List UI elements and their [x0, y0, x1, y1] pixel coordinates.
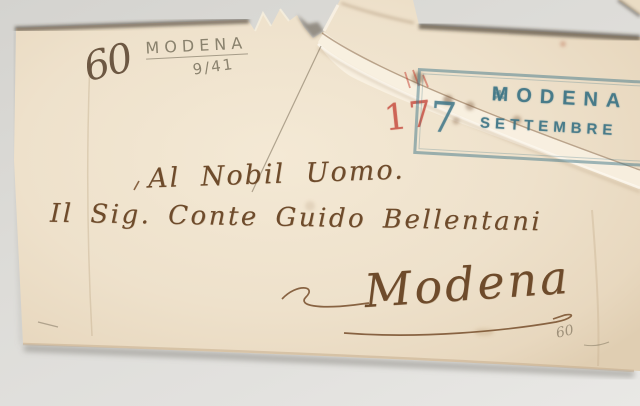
pencil-annotation: MODENA 9/41	[145, 33, 249, 78]
photo-of-postal-cover: 60 MODENA 9/41 17 7 MODENA✻ SETTEMBRE Al…	[0, 0, 640, 406]
modena-boxed-datestamp: MODENA✻ SETTEMBRE	[413, 68, 640, 168]
datestamp-ornament-icon: ✻	[493, 87, 506, 104]
